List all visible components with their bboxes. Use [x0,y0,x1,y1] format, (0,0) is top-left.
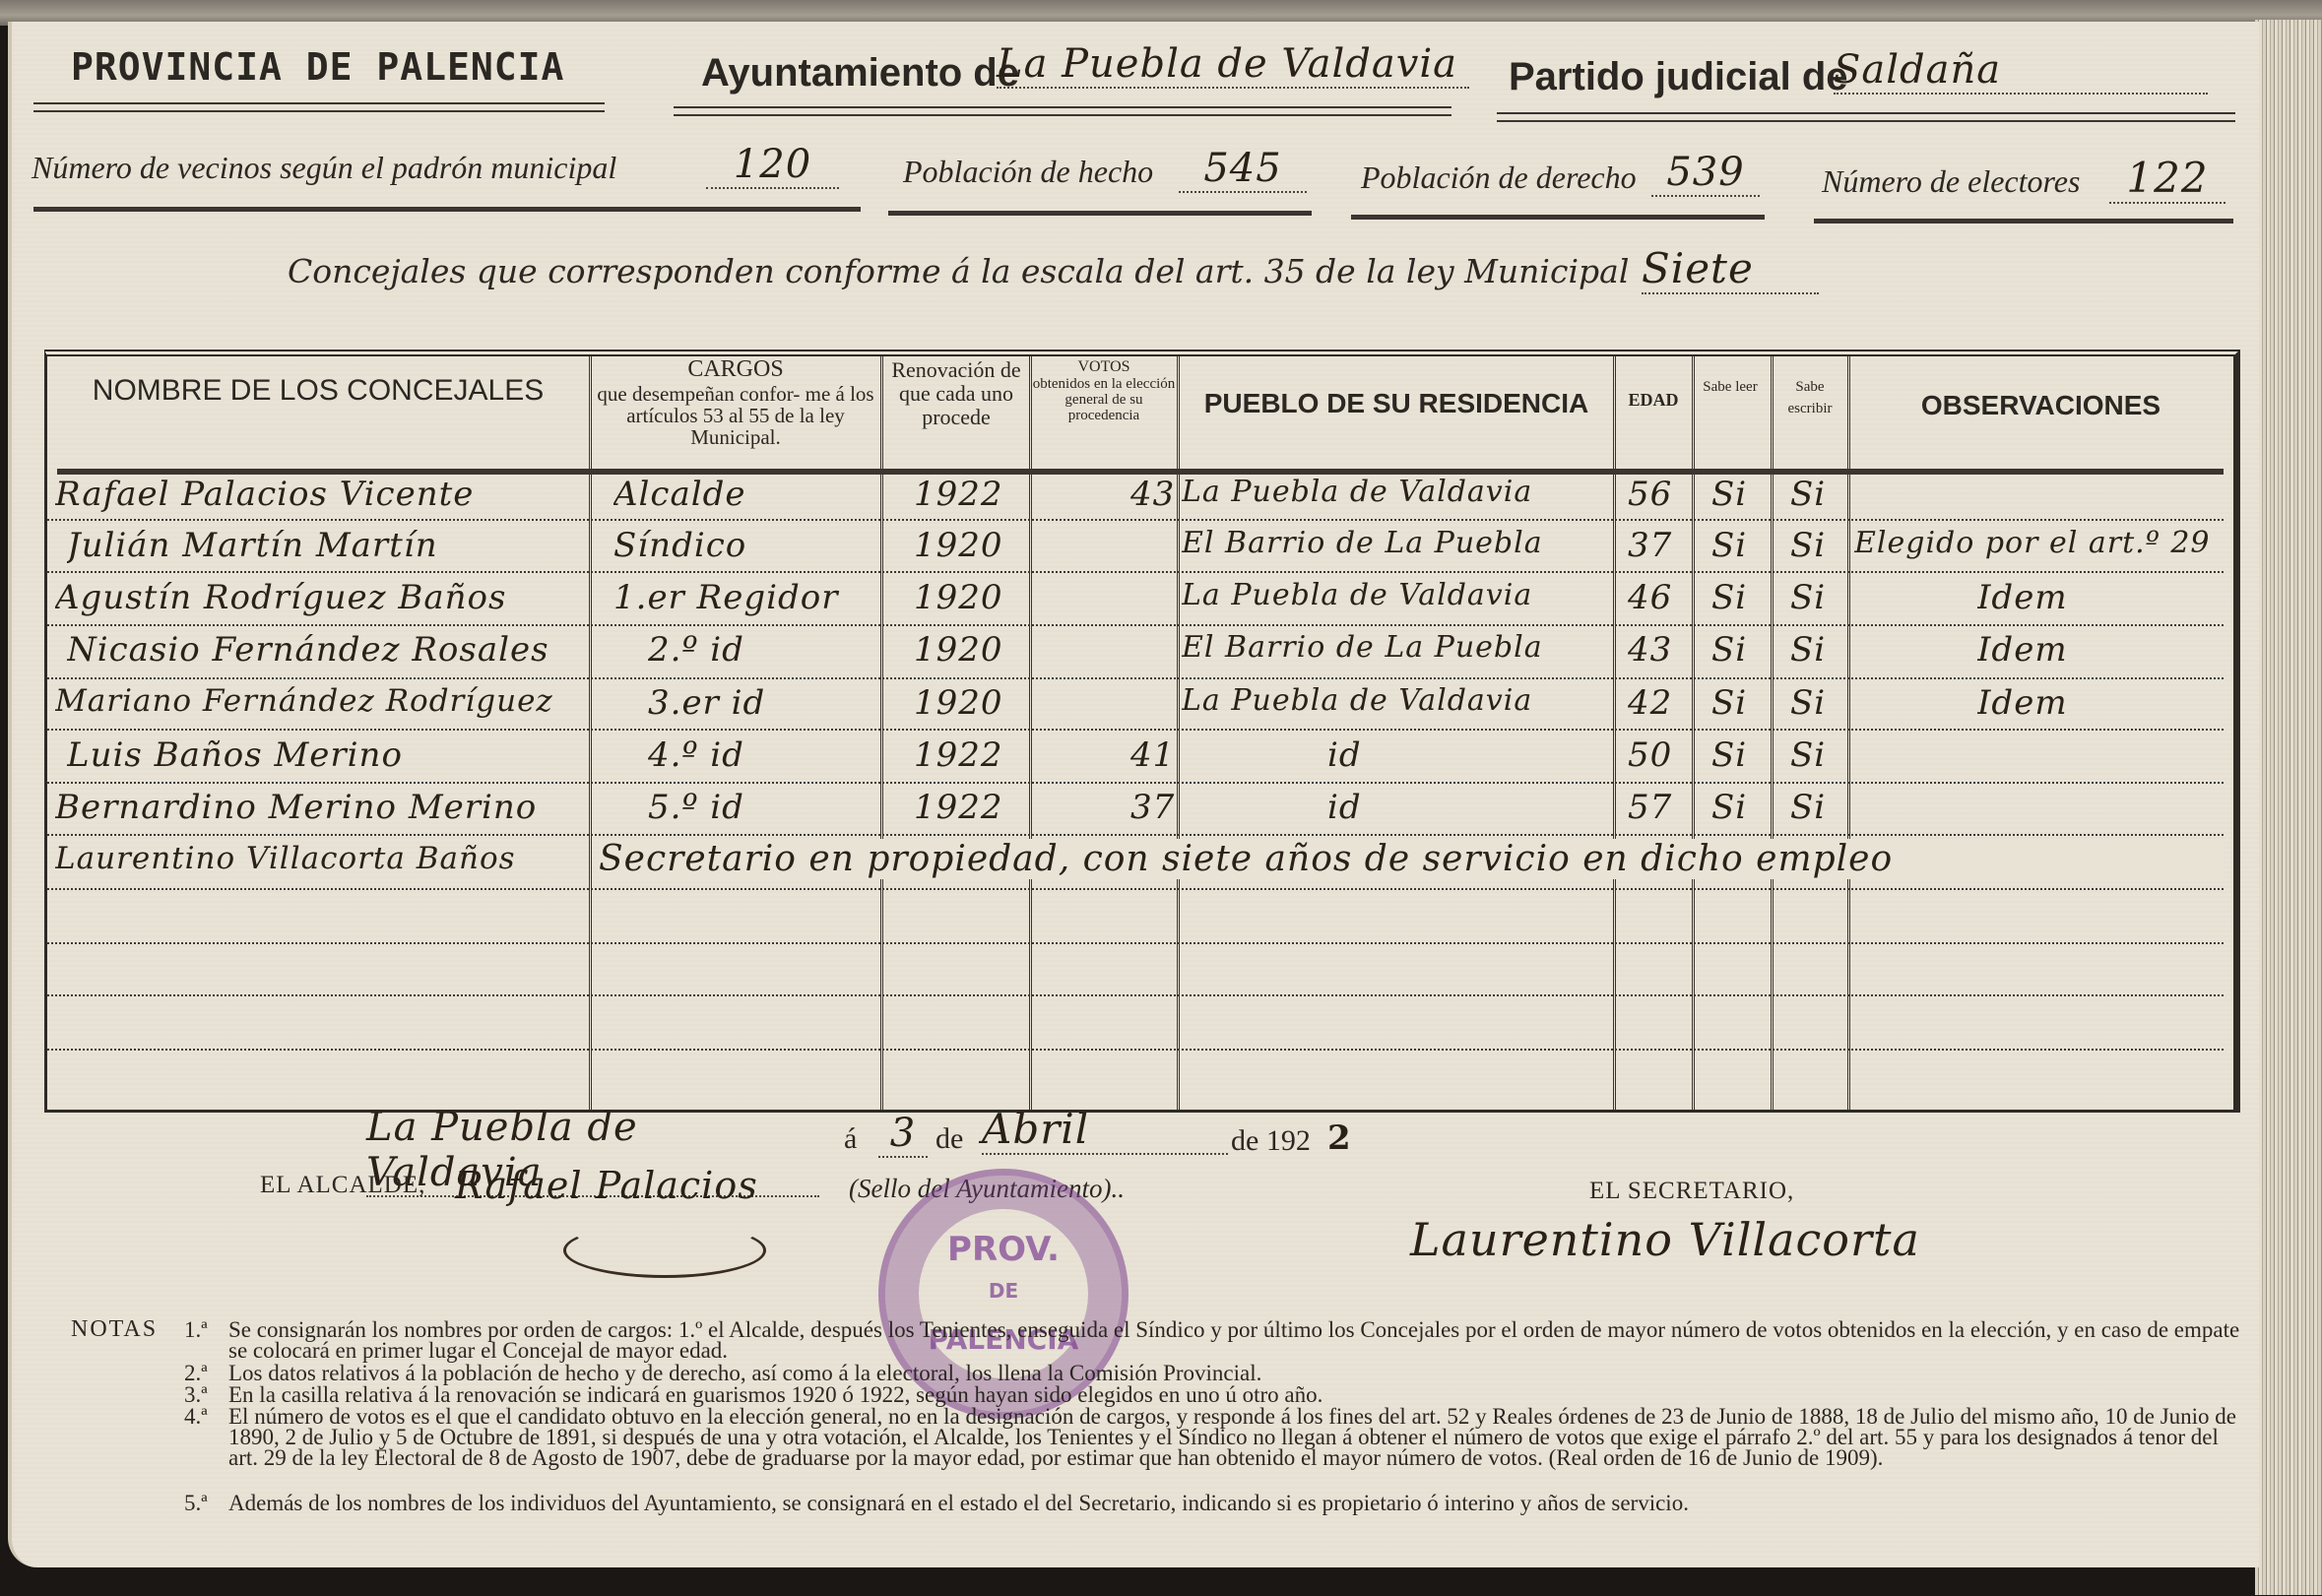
cell-pueblo: La Puebla de Valdavia [1182,475,1610,509]
cell-renovacion: 1920 [914,630,1003,670]
cell-cargo: 2.º id [648,630,874,670]
concejales-table: NOMBRE DE LOS CONCEJALES CARGOS que dese… [44,350,2240,1113]
cell-votos: 43 [1130,475,1175,514]
header-escribir: Sabe escribir [1774,376,1845,419]
cell-leer: Si [1711,683,1747,723]
note-number: 4.ª [184,1406,208,1427]
row-rule [47,624,2224,626]
cell-pueblo: La Puebla de Valdavia [1182,683,1610,718]
cell-renovacion: 1922 [914,475,1003,514]
cell-leer: Si [1711,788,1747,827]
cell-edad: 37 [1628,526,1672,565]
ayuntamiento-underline [674,106,1451,116]
secretario-signature: Laurentino Villacorta [1410,1213,1920,1266]
cell-pueblo: La Puebla de Valdavia [1182,578,1610,612]
cell-nombre: Mariano Fernández Rodríguez [55,683,592,719]
alcalde-flourish [563,1223,766,1278]
cell-pueblo: El Barrio de La Puebla [1182,526,1610,560]
hecho-rule [888,211,1312,216]
notes-label: NOTAS [71,1319,158,1340]
document-page: PROVINCIA DE PALENCIA Ayuntamiento de La… [8,22,2259,1567]
province-title: PROVINCIA DE PALENCIA [71,45,564,89]
stamp-text-1: PROV. [885,1230,1122,1269]
cell-votos: 41 [1130,735,1175,775]
header-votos-sub: obtenidos en la elección general de su p… [1032,376,1176,423]
hecho-value: 545 [1179,146,1307,193]
header-cargos-sub: que desempeñan confor- me á los artículo… [591,383,880,448]
row-rule [47,834,2224,836]
note-text: El número de votos es el que el candidat… [228,1406,2247,1468]
cell-cargo: 3.er id [648,683,874,723]
cell-secretario-nombre: Laurentino Villacorta Baños [55,841,592,876]
cell-pueblo: El Barrio de La Puebla [1182,630,1610,665]
electores-rule [1814,219,2233,223]
cell-renovacion: 1922 [914,788,1003,827]
note-text: Los datos relativos á la población de he… [228,1363,2247,1383]
cell-renovacion: 1922 [914,735,1003,775]
cell-pueblo: id [1327,735,1362,775]
cell-edad: 43 [1628,630,1672,670]
derecho-value: 539 [1651,150,1760,197]
cell-renovacion: 1920 [914,683,1003,723]
electores-label: Número de electores [1822,163,2080,200]
cell-cargo: 5.º id [648,788,874,827]
cell-obs: Idem [1977,683,2068,723]
cell-escribir: Si [1790,475,1826,514]
cell-escribir: Si [1790,788,1826,827]
ayuntamiento-value: La Puebla de Valdavia [997,41,1469,89]
cell-cargo: Alcalde [613,475,879,514]
derecho-rule [1351,215,1765,220]
cell-nombre: Luis Baños Merino [67,735,589,775]
header-pueblo: PUEBLO DE SU RESIDENCIA [1180,388,1613,419]
cell-nombre: Bernardino Merino Merino [55,788,592,827]
cell-cargo: 1.er Regidor [613,578,879,617]
cell-edad: 42 [1628,683,1672,723]
cell-edad: 50 [1628,735,1672,775]
header-cargos-title: CARGOS [591,356,880,383]
row-rule [47,994,2224,996]
electores-value: 122 [2109,154,2225,204]
cell-secretario-text: Secretario en propiedad, con siete años … [599,839,2224,879]
note-text: En la casilla relativa á la renovación s… [228,1384,2247,1405]
cell-obs: Elegido por el art.º 29 [1854,526,2228,560]
cell-edad: 57 [1628,788,1672,827]
cell-leer: Si [1711,578,1747,617]
cell-escribir: Si [1790,578,1826,617]
partido-underline [1497,112,2235,122]
partido-value: Saldaña [1834,47,2208,95]
cell-cargo: Síndico [613,526,879,565]
row-rule [47,677,2224,679]
header-votos-title: VOTOS [1032,358,1176,376]
note-number: 2.ª [184,1363,208,1383]
vecinos-value: 120 [706,142,839,189]
stamp-text-2: DE [885,1279,1122,1303]
derecho-label: Población de derecho [1361,160,1637,196]
footer-a: á [844,1122,857,1156]
alcalde-label: EL ALCALDE, [260,1172,425,1199]
cell-nombre: Agustín Rodríguez Baños [55,578,587,617]
cell-nombre: Julián Martín Martín [67,526,589,565]
header-cargos: CARGOS que desempeñan confor- me á los a… [591,356,880,448]
cell-edad: 46 [1628,578,1672,617]
cell-cargo: 4.º id [648,735,874,775]
footer-year-prefix: de 192 [1231,1124,1311,1158]
row-rule [47,782,2224,784]
row-rule [47,571,2224,573]
concejales-value: Siete [1642,244,1819,294]
row-rule [47,888,2224,890]
vecinos-rule [33,207,861,212]
cell-leer: Si [1711,526,1747,565]
cell-pueblo: id [1327,788,1362,827]
cell-edad: 56 [1628,475,1672,514]
cell-escribir: Si [1790,630,1826,670]
row-rule [47,1049,2224,1051]
header-votos: VOTOS obtenidos en la elección general d… [1032,358,1176,423]
page-stack-edge [2255,20,2322,1595]
partido-label: Partido judicial de [1509,55,1848,99]
note-number: 5.ª [184,1493,208,1513]
cell-votos: 37 [1130,788,1175,827]
cell-obs: Idem [1977,578,2068,617]
header-leer: Sabe leer [1698,376,1763,398]
header-renovacion: Renovación de que cada uno procede [884,358,1028,429]
note-text: Además de los nombres de los individuos … [228,1493,2247,1513]
ayuntamiento-label: Ayuntamiento de [701,51,1019,96]
row-rule [47,942,2224,944]
cell-renovacion: 1920 [914,578,1003,617]
cell-leer: Si [1711,630,1747,670]
cell-escribir: Si [1790,683,1826,723]
secretario-label: EL SECRETARIO, [1589,1178,1794,1205]
row-rule [47,519,2224,521]
header-nombre: NOMBRE DE LOS CONCEJALES [47,374,589,408]
alcalde-signature: Rafael Palacios [455,1164,758,1207]
cell-leer: Si [1711,735,1747,775]
footer-de1: de [935,1122,963,1156]
footer-year-digit: 2 [1327,1118,1352,1158]
footer-day: 3 [878,1111,928,1158]
header-edad: EDAD [1615,390,1692,411]
row-rule [47,729,2224,731]
cell-nombre: Nicasio Fernández Rosales [67,630,589,670]
cell-renovacion: 1920 [914,526,1003,565]
cell-leer: Si [1711,475,1747,514]
cell-escribir: Si [1790,526,1826,565]
footer-month: Abril [982,1105,1228,1155]
cell-obs: Idem [1977,630,2068,670]
cell-nombre: Rafael Palacios Vicente [55,475,587,514]
note-number: 3.ª [184,1384,208,1405]
vecinos-label: Número de vecinos según el padrón munici… [32,150,616,186]
cell-escribir: Si [1790,735,1826,775]
header-observaciones: OBSERVACIONES [1851,390,2230,421]
province-underline [33,102,605,112]
hecho-label: Población de hecho [903,154,1153,190]
note-text: Se consignarán los nombres por orden de … [228,1319,2247,1361]
note-number: 1.ª [184,1319,208,1340]
concejales-label: Concejales que corresponden conforme á l… [288,252,1629,290]
